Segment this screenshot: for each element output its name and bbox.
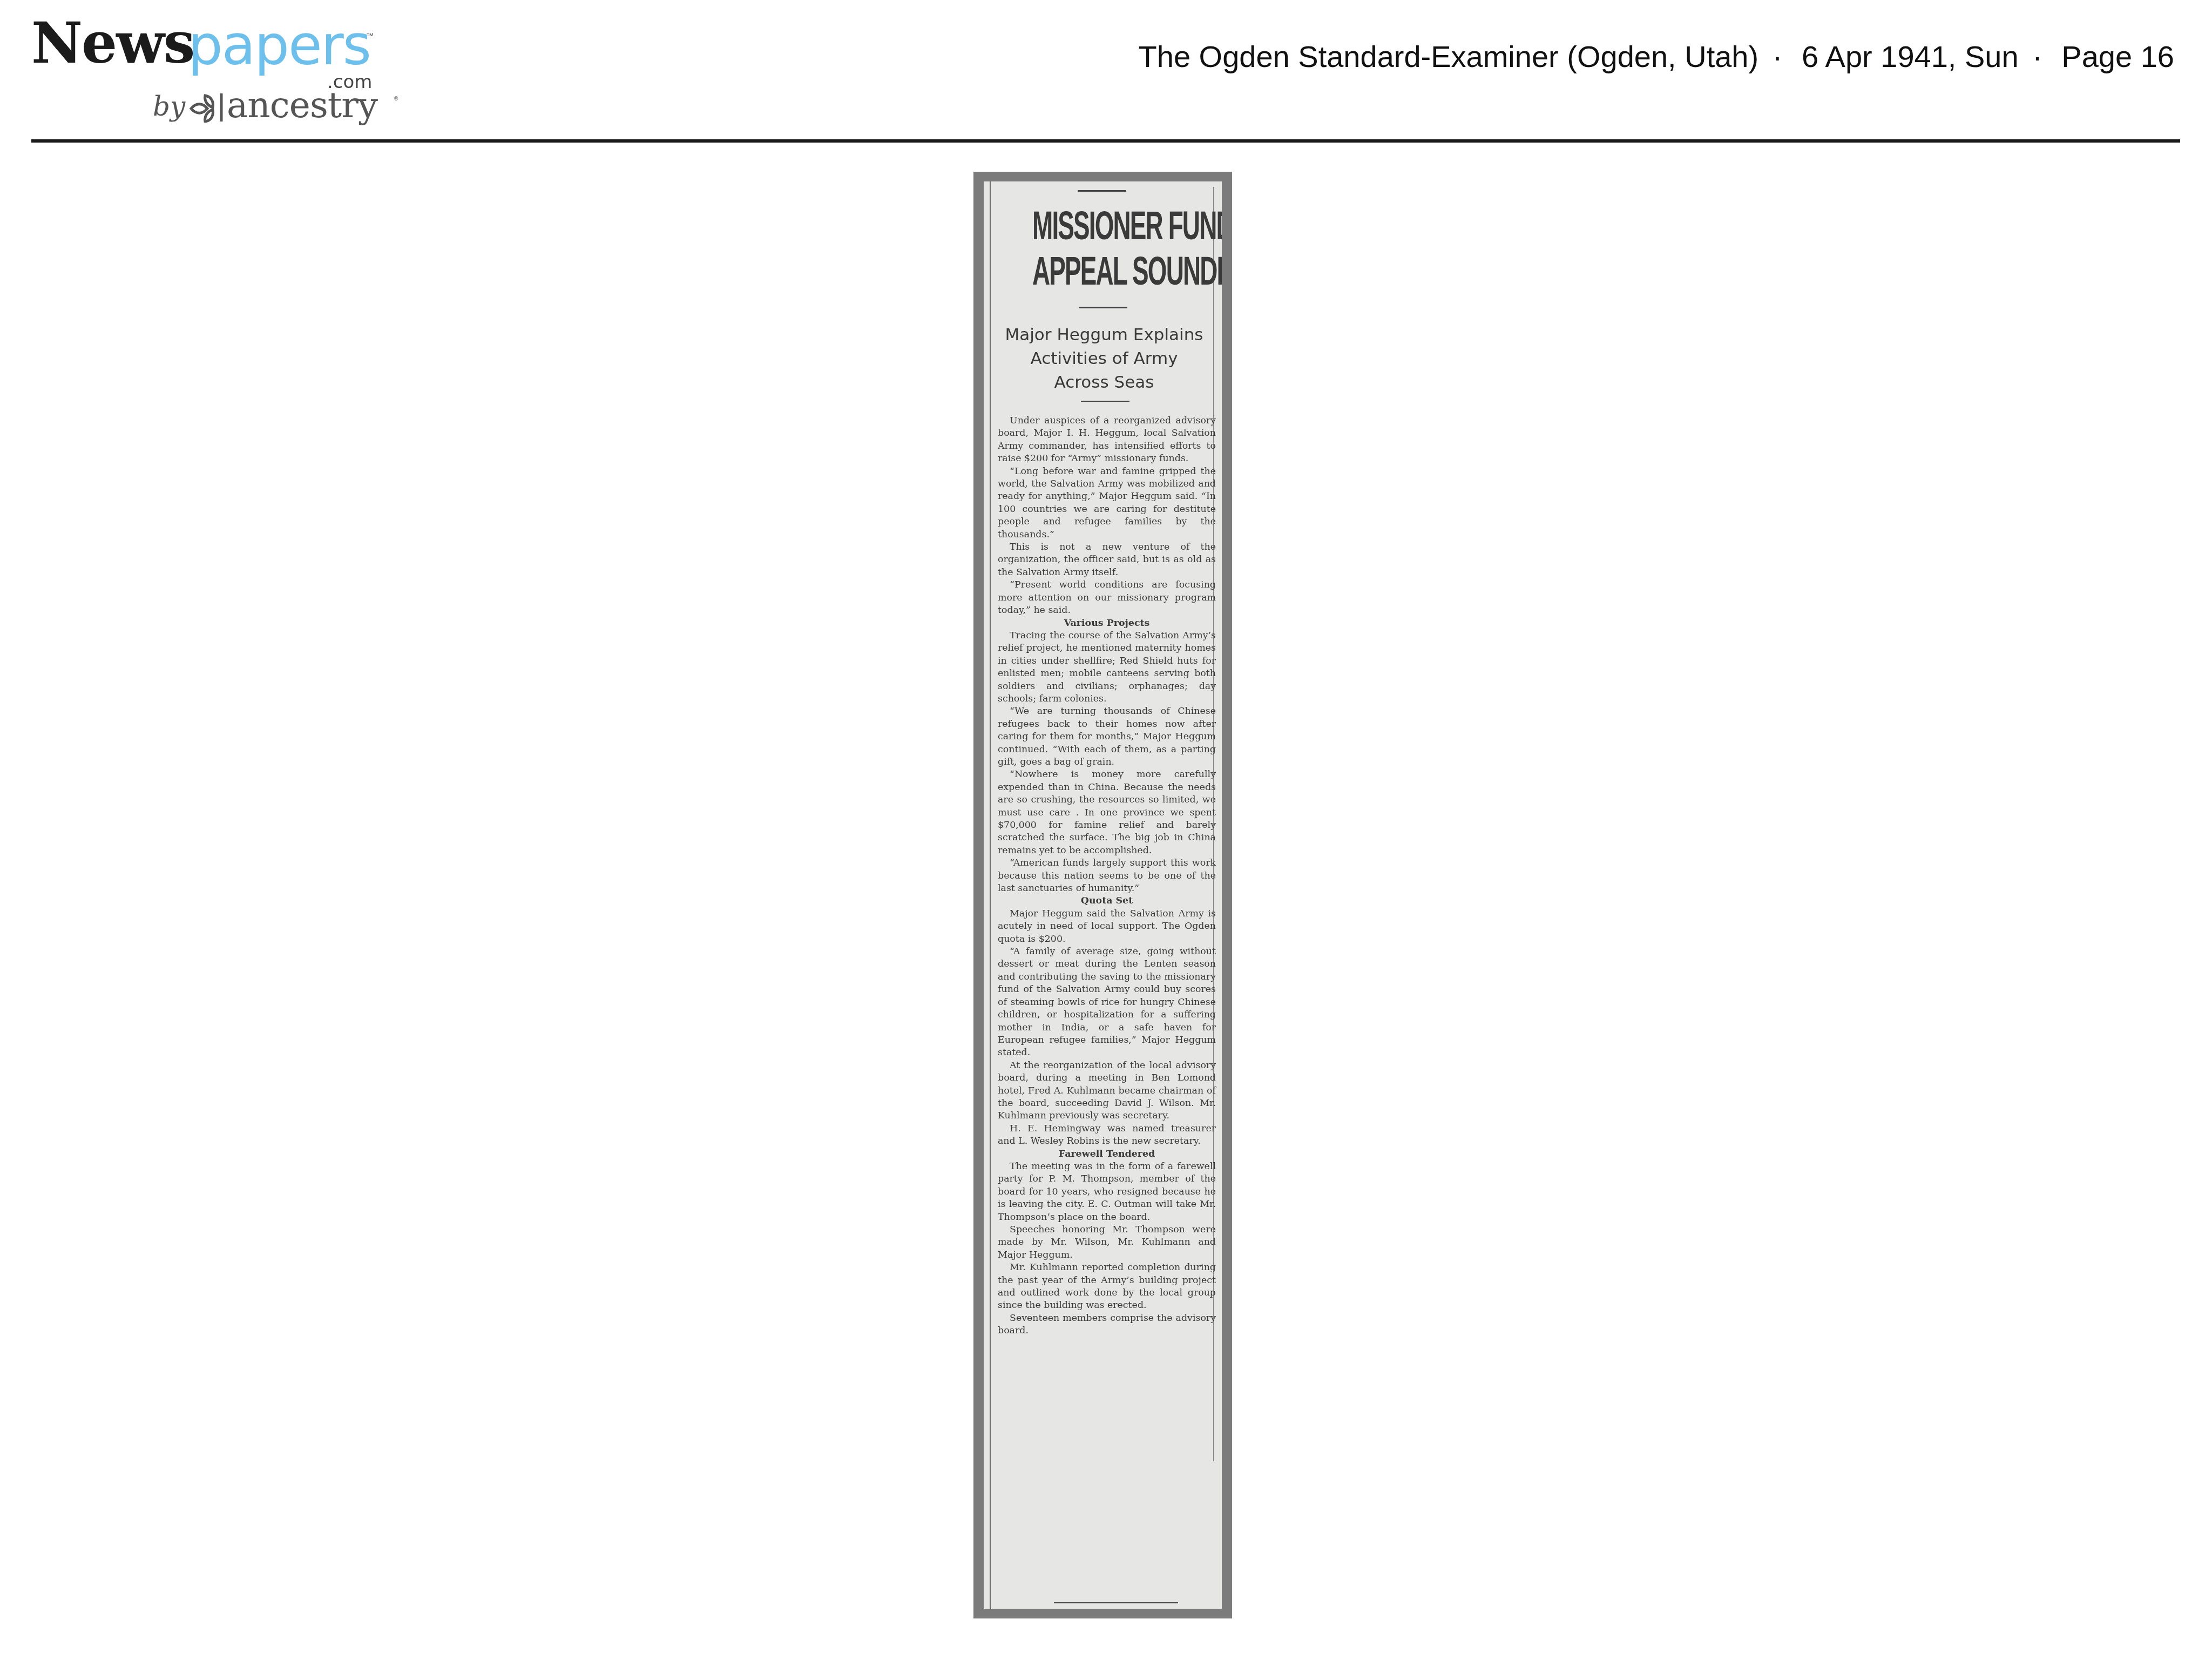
publication-date: 6 Apr 1941, Sun [1802, 39, 2019, 73]
headline-line: APPEAL SOUNDED [1032, 248, 1177, 294]
column-rule [990, 181, 991, 1609]
article-headline: MISSIONER FUND APPEAL SOUNDED [1032, 203, 1177, 294]
section-subhead: Quota Set [998, 895, 1216, 907]
paragraph: Speeches honoring Mr. Thompson were made… [998, 1224, 1216, 1262]
clipping-image: MISSIONER FUND APPEAL SOUNDED Major Hegg… [984, 181, 1222, 1609]
paragraph: “American funds largely support this wor… [998, 857, 1216, 895]
paragraph: This is not a new venture of the organiz… [998, 541, 1216, 579]
paragraph: Under auspices of a reorganized advisory… [998, 415, 1216, 466]
top-rule [1078, 190, 1126, 192]
page-number: Page 16 [2061, 39, 2174, 73]
paragraph: “We are turning thousands of Chinese ref… [998, 705, 1216, 768]
paragraph: The meeting was in the form of a farewel… [998, 1161, 1216, 1224]
paragraph: Major Heggum said the Salvation Army is … [998, 908, 1216, 946]
ancestry-leaf-icon [189, 92, 228, 123]
header-divider [31, 139, 2180, 143]
logo-by-text: by [153, 91, 185, 122]
citation-separator: · [1773, 39, 1783, 73]
paragraph: H. E. Hemingway was named treasurer and … [998, 1123, 1216, 1148]
page-citation: The Ogden Standard-Examiner (Ogden, Utah… [1139, 39, 2174, 74]
paragraph: Tracing the course of the Salvation Army… [998, 630, 1216, 705]
headline-rule [1079, 307, 1127, 308]
end-rule [1054, 1602, 1178, 1603]
paragraph: “Present world conditions are focusing m… [998, 579, 1216, 617]
headline-line: MISSIONER FUND [1032, 203, 1177, 248]
paragraph: At the reorganization of the local advis… [998, 1060, 1216, 1123]
paragraph: “A family of average size, going without… [998, 946, 1216, 1060]
logo-news-text: News [31, 15, 194, 71]
publication-name: The Ogden Standard-Examiner (Ogden, Utah… [1139, 39, 1759, 73]
deck-rule [1081, 401, 1129, 402]
newspaper-clipping[interactable]: MISSIONER FUND APPEAL SOUNDED Major Hegg… [973, 172, 1232, 1618]
paragraph: Mr. Kuhlmann reported completion during … [998, 1262, 1216, 1312]
section-subhead: Various Projects [998, 617, 1216, 630]
section-subhead: Farewell Tendered [998, 1148, 1216, 1161]
logo-papers-text: papers [188, 18, 370, 73]
deck-line: Activities of Army [993, 347, 1215, 370]
deck-line: Across Seas [993, 370, 1215, 394]
citation-separator: · [2032, 39, 2042, 73]
article-body: Under auspices of a reorganized advisory… [998, 415, 1216, 1338]
paragraph: Seventeen members comprise the advisory … [998, 1312, 1216, 1338]
newspapers-logo[interactable]: News papers ™ .com by ancestry ® [31, 15, 377, 123]
logo-registered: ® [394, 96, 398, 102]
paragraph: “Nowhere is money more carefully expende… [998, 768, 1216, 857]
paragraph: “Long before war and famine gripped the … [998, 466, 1216, 541]
logo-trademark: ™ [366, 31, 374, 40]
deck-line: Major Heggum Explains [993, 323, 1215, 347]
logo-ancestry-text: ancestry [227, 84, 377, 126]
article-subheadline: Major Heggum Explains Activities of Army… [993, 323, 1215, 394]
